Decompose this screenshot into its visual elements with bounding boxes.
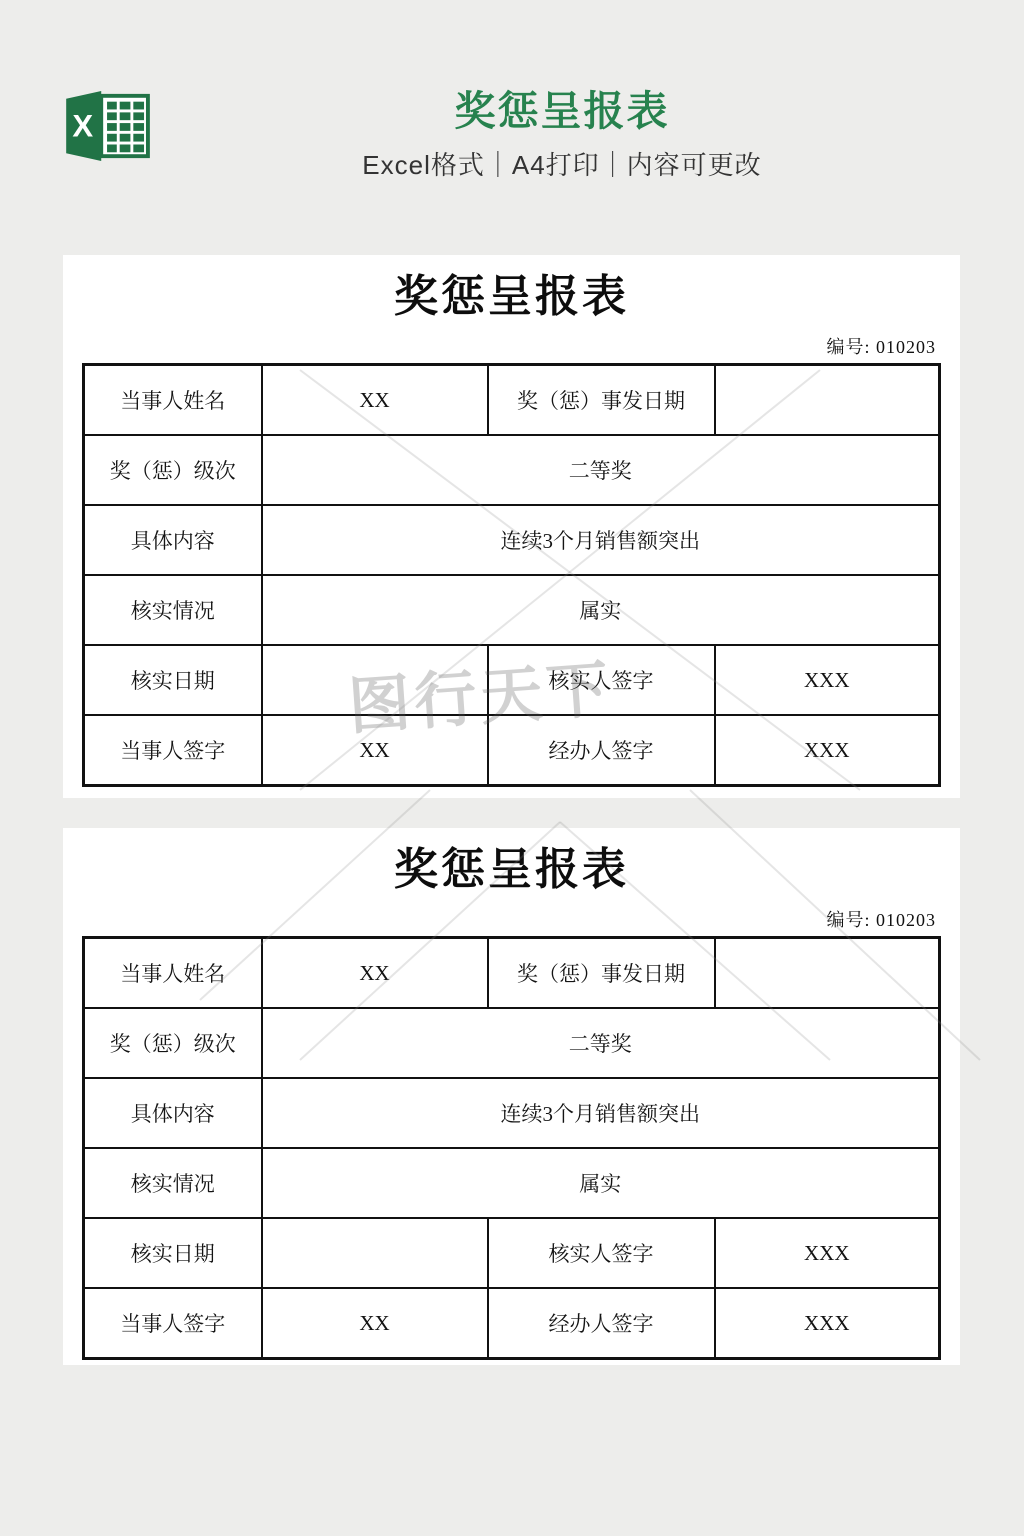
form-title: 奖惩呈报表 xyxy=(63,273,960,321)
report-table: 当事人姓名XX奖（惩）事发日期奖（惩）级次二等奖具体内容连续3个月销售额突出核实… xyxy=(82,363,941,787)
table-row: 当事人姓名XX奖（惩）事发日期 xyxy=(84,365,940,436)
label-cell: 核实情况 xyxy=(84,575,262,645)
value-cell: XX xyxy=(262,365,488,436)
value-cell: XXX xyxy=(715,1218,940,1288)
label-cell: 核实日期 xyxy=(84,645,262,715)
table-row: 奖（惩）级次二等奖 xyxy=(84,435,940,505)
form-card-2: 奖惩呈报表 编号: 010203 当事人姓名XX奖（惩）事发日期奖（惩）级次二等… xyxy=(63,828,960,1365)
table-row: 当事人签字XX经办人签字XXX xyxy=(84,1288,940,1359)
value-cell: 连续3个月销售额突出 xyxy=(262,505,940,575)
table-row: 核实日期核实人签字XXX xyxy=(84,645,940,715)
value-cell: 经办人签字 xyxy=(488,715,715,786)
value-cell: 连续3个月销售额突出 xyxy=(262,1078,940,1148)
label-cell: 核实日期 xyxy=(84,1218,262,1288)
table-row: 当事人签字XX经办人签字XXX xyxy=(84,715,940,786)
table-row: 具体内容连续3个月销售额突出 xyxy=(84,505,940,575)
label-cell: 奖（惩）级次 xyxy=(84,1008,262,1078)
value-cell: 核实人签字 xyxy=(488,1218,715,1288)
label-cell: 当事人姓名 xyxy=(84,365,262,436)
header-text: 奖惩呈报表 Excel格式｜A4打印｜内容可更改 xyxy=(110,88,1014,182)
label-cell: 奖（惩）级次 xyxy=(84,435,262,505)
value-cell xyxy=(262,1218,488,1288)
serial-number: 编号: 010203 xyxy=(63,906,960,932)
page-header: X 奖惩呈报表 Excel格式｜A4打印｜内容可更改 xyxy=(0,88,1024,198)
report-table: 当事人姓名XX奖（惩）事发日期奖（惩）级次二等奖具体内容连续3个月销售额突出核实… xyxy=(82,936,941,1360)
value-cell: XX xyxy=(262,715,488,786)
form-title: 奖惩呈报表 xyxy=(63,846,960,894)
page: X 奖惩呈报表 Excel格式｜A4打印｜内容可更改 奖惩呈报表 编号: 010… xyxy=(0,0,1024,1536)
svg-text:X: X xyxy=(72,109,93,144)
page-subtitle: Excel格式｜A4打印｜内容可更改 xyxy=(110,145,1014,182)
value-cell: 二等奖 xyxy=(262,435,940,505)
label-cell: 当事人签字 xyxy=(84,1288,262,1359)
table-row: 核实情况属实 xyxy=(84,575,940,645)
table-row: 核实日期核实人签字XXX xyxy=(84,1218,940,1288)
table-row: 具体内容连续3个月销售额突出 xyxy=(84,1078,940,1148)
value-cell: 奖（惩）事发日期 xyxy=(488,365,715,436)
table-row: 核实情况属实 xyxy=(84,1148,940,1218)
table-row: 当事人姓名XX奖（惩）事发日期 xyxy=(84,938,940,1009)
value-cell: 经办人签字 xyxy=(488,1288,715,1359)
value-cell: 二等奖 xyxy=(262,1008,940,1078)
value-cell: XXX xyxy=(715,1288,940,1359)
value-cell: 属实 xyxy=(262,1148,940,1218)
value-cell: XX xyxy=(262,938,488,1009)
page-title: 奖惩呈报表 xyxy=(110,88,1014,135)
label-cell: 具体内容 xyxy=(84,1078,262,1148)
value-cell: 核实人签字 xyxy=(488,645,715,715)
form-card-1: 奖惩呈报表 编号: 010203 当事人姓名XX奖（惩）事发日期奖（惩）级次二等… xyxy=(63,255,960,798)
label-cell: 核实情况 xyxy=(84,1148,262,1218)
label-cell: 当事人姓名 xyxy=(84,938,262,1009)
value-cell: XX xyxy=(262,1288,488,1359)
label-cell: 当事人签字 xyxy=(84,715,262,786)
value-cell xyxy=(715,365,940,436)
value-cell: XXX xyxy=(715,645,940,715)
value-cell: XXX xyxy=(715,715,940,786)
value-cell xyxy=(262,645,488,715)
value-cell xyxy=(715,938,940,1009)
value-cell: 属实 xyxy=(262,575,940,645)
table-row: 奖（惩）级次二等奖 xyxy=(84,1008,940,1078)
value-cell: 奖（惩）事发日期 xyxy=(488,938,715,1009)
label-cell: 具体内容 xyxy=(84,505,262,575)
serial-number: 编号: 010203 xyxy=(63,333,960,359)
